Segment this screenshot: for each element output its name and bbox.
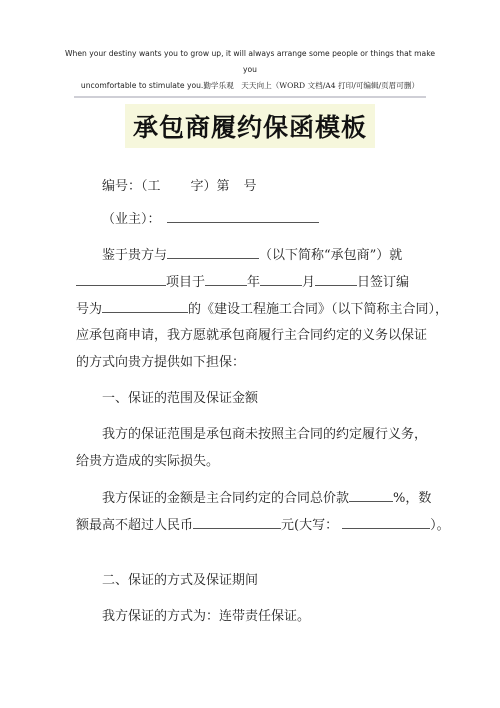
amount-words-blank[interactable] (342, 516, 430, 529)
number-mid: 字）第 (191, 179, 230, 194)
header-line-2: uncomfortable to stimulate you.勤学乐观 天天向上… (60, 78, 440, 94)
owner-label: （业主）： (102, 212, 161, 227)
header-divider (74, 96, 426, 98)
text: （以下简称“承包商”）就 (259, 248, 402, 263)
para1-line5: 的方式向贵方提供如下担保： (76, 354, 245, 372)
section1-p2-line1: 我方保证的金额是主合同约定的合同总价款%，数 (102, 489, 431, 508)
year-blank[interactable] (205, 273, 247, 286)
text: %，数 (393, 491, 431, 506)
percent-blank[interactable] (349, 489, 393, 502)
owner-blank[interactable] (167, 210, 319, 223)
section2-heading: 二、保证的方式及保证期间 (102, 572, 258, 590)
text: 日签订编 (357, 275, 409, 290)
section1-p2-line2: 额最高不超过人民币元(大写：）。 (76, 516, 450, 535)
section1-p1-line1: 我方的保证范围是承包商未按照主合同的约定履行义务， (102, 426, 427, 444)
amount-blank[interactable] (193, 516, 281, 529)
page-header: When your destiny wants you to grow up, … (60, 46, 440, 94)
section1-p1-line2: 给贵方造成的实际损失。 (76, 453, 219, 471)
text: ）。 (430, 518, 450, 533)
header-line-2-en: uncomfortable to stimulate you. (81, 81, 203, 90)
number-label: 编号：（工 (102, 179, 161, 194)
text: 额最高不超过人民币 (76, 518, 193, 533)
contract-number-blank[interactable] (102, 300, 188, 313)
document-title-wrap: 承包商履约保函模板 (0, 104, 500, 148)
text: 月 (302, 275, 315, 290)
section2-p1: 我方保证的方式为：连带责任保证。 (102, 608, 310, 626)
para1-line4: 应承包商申请，我方愿就承包商履行主合同约定的义务以保证 (76, 327, 427, 345)
text: 号为 (76, 302, 102, 317)
para1-line2: 项目于年月日签订编 (76, 273, 409, 292)
number-line: 编号：（工字）第号 (102, 178, 257, 196)
day-blank[interactable] (315, 273, 357, 286)
section1-heading: 一、保证的范围及保证金额 (102, 390, 258, 408)
document-title: 承包商履约保函模板 (125, 104, 375, 148)
para1-line3: 号为的《建设工程施工合同》（以下简称主合同）， (76, 300, 448, 319)
number-end: 号 (244, 179, 257, 194)
month-blank[interactable] (260, 273, 302, 286)
text: 我方保证的金额是主合同约定的合同总价款 (102, 491, 349, 506)
para1-line1: 鉴于贵方与（以下简称“承包商”）就 (102, 246, 402, 265)
header-line-2-cn: 勤学乐观 天天向上（WORD 文档/A4 打印/可编辑/页眉可删） (203, 81, 419, 90)
header-line-1: When your destiny wants you to grow up, … (60, 46, 440, 78)
owner-line: （业主）： (102, 210, 319, 229)
text: 元(大写： (281, 518, 338, 533)
text: 鉴于贵方与 (102, 248, 167, 263)
text: 项目于 (166, 275, 205, 290)
text: 年 (247, 275, 260, 290)
project-blank[interactable] (76, 273, 166, 286)
contractor-blank[interactable] (167, 246, 259, 259)
text: 的《建设工程施工合同》（以下简称主合同）， (188, 302, 448, 317)
